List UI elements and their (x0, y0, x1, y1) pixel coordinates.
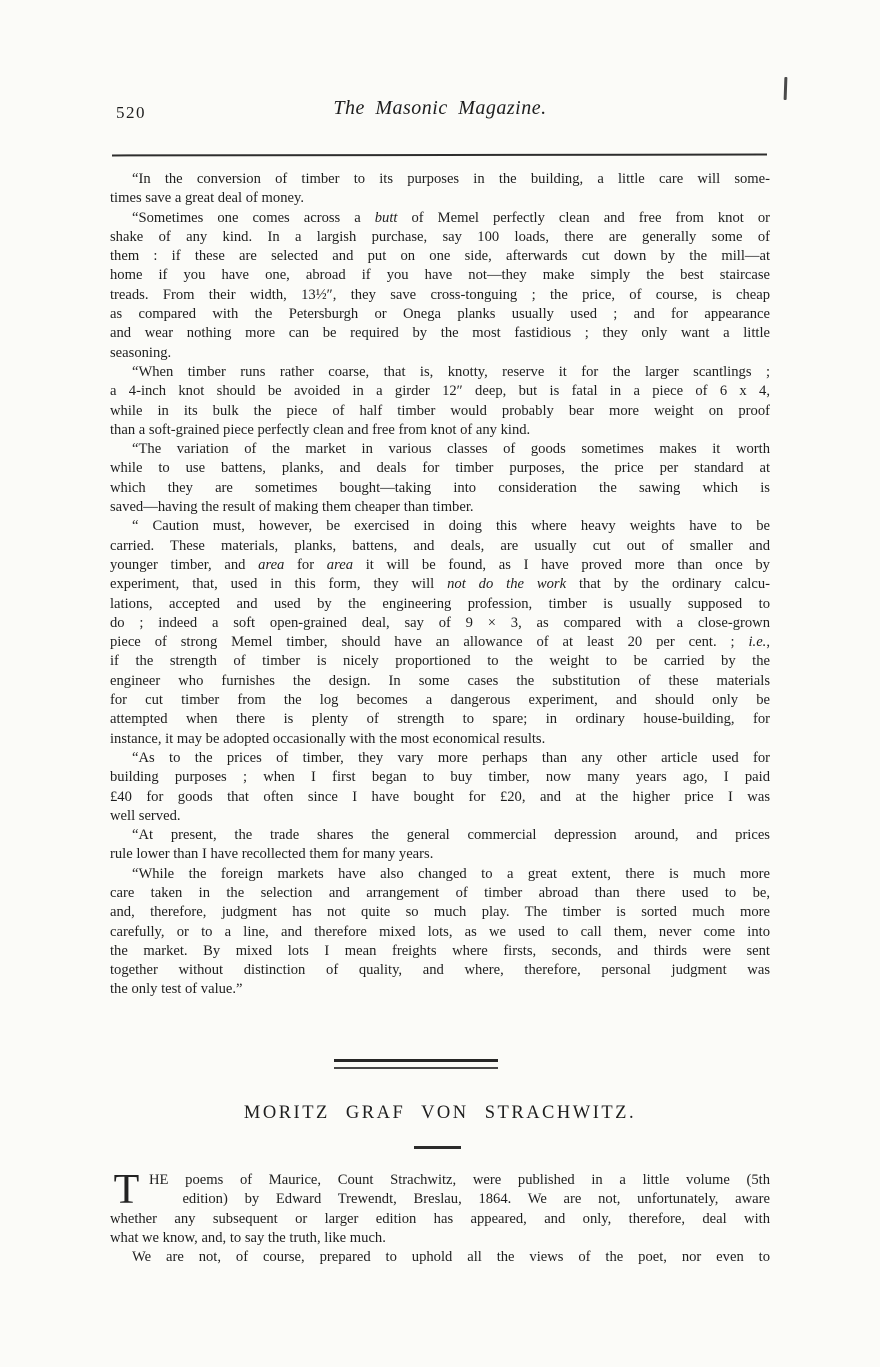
paragraph: “Sometimes one comes across a butt of Me… (110, 209, 770, 363)
text-line: “The variation of the market in various … (110, 440, 770, 459)
text-line: than a soft-grained piece perfectly clea… (110, 421, 770, 440)
paragraph: We are not, of course, prepared to uphol… (110, 1248, 770, 1267)
text-line: saved—having the result of making them c… (110, 498, 770, 517)
text-line: experiment, that, used in this form, the… (110, 575, 770, 594)
text-line: building purposes ; when I first began t… (110, 768, 770, 787)
drop-cap-initial: T (110, 1172, 143, 1209)
article-strachwitz: T HE poems of Maurice, Count Strachwitz,… (110, 1171, 770, 1267)
paragraph: “The variation of the market in various … (110, 440, 770, 517)
text-line: engineer who furnishes the design. In so… (110, 672, 770, 691)
text-line: the only test of value.” (110, 980, 770, 999)
text-line: what we know, and, to say the truth, lik… (110, 1229, 770, 1248)
text-line: “While the foreign markets have also cha… (110, 865, 770, 884)
divider-rule-bottom (334, 1067, 498, 1069)
text-line: home if you have one, abroad if you have… (110, 266, 770, 285)
text-line: together without distinction of quality,… (110, 961, 770, 980)
article-heading: MORITZ GRAF VON STRACHWITZ. (110, 1103, 770, 1124)
section-divider (334, 1059, 498, 1069)
journal-title: The Masonic Magazine. (110, 97, 770, 120)
text-line: and, therefore, judgment has not quite s… (110, 903, 770, 922)
text-line: edition) by Edward Trewendt, Breslau, 18… (110, 1190, 770, 1209)
text-line: attempted when there is plenty of streng… (110, 710, 770, 729)
text-line: care taken in the selection and arrangem… (110, 884, 770, 903)
heading-rule (414, 1146, 461, 1149)
text-line: them : if these are selected and put on … (110, 247, 770, 266)
text-line: shake of any kind. In a largish purchase… (110, 228, 770, 247)
text-line: treads. From their width, 13½″, they sav… (110, 286, 770, 305)
text-line: piece of strong Memel timber, should hav… (110, 633, 770, 652)
text-line: a 4-inch knot should be avoided in a gir… (110, 382, 770, 401)
text-line: and wear nothing more can be required by… (110, 324, 770, 343)
text-line: HE poems of Maurice, Count Strachwitz, w… (110, 1171, 770, 1190)
text-line: carefully, or to a line, and therefore m… (110, 923, 770, 942)
text-line: “As to the prices of timber, they vary m… (110, 749, 770, 768)
divider-rule-top (334, 1059, 498, 1062)
scan-artifact-mark (784, 77, 788, 100)
paragraph: “While the foreign markets have also cha… (110, 865, 770, 1000)
article-timber-excerpt: “In the conversion of timber to its purp… (110, 170, 770, 1000)
text-line: whether any subsequent or larger edition… (110, 1210, 770, 1229)
text-line: instance, it may be adopted occasionally… (110, 730, 770, 749)
paragraph: “When timber runs rather coarse, that is… (110, 363, 770, 440)
text-line: lations, accepted and used by the engine… (110, 595, 770, 614)
paragraph: “At present, the trade shares the genera… (110, 826, 770, 865)
paragraph: T HE poems of Maurice, Count Strachwitz,… (110, 1171, 770, 1248)
paragraph: “As to the prices of timber, they vary m… (110, 749, 770, 826)
text-line: as compared with the Petersburgh or Oneg… (110, 305, 770, 324)
drop-cap-paragraph-lines: HE poems of Maurice, Count Strachwitz, w… (110, 1171, 770, 1248)
text-line: times save a great deal of money. (110, 189, 770, 208)
text-line: younger timber, and area for area it wil… (110, 556, 770, 575)
text-line: seasoning. (110, 344, 770, 363)
text-line: which they are sometimes bought—taking i… (110, 479, 770, 498)
text-line: the market. By mixed lots I mean freight… (110, 942, 770, 961)
text-line: We are not, of course, prepared to uphol… (110, 1248, 770, 1267)
text-line: “In the conversion of timber to its purp… (110, 170, 770, 189)
text-line: while to use battens, planks, and deals … (110, 459, 770, 478)
text-line: well served. (110, 807, 770, 826)
text-line: “At present, the trade shares the genera… (110, 826, 770, 845)
text-line: if the strength of timber is nicely prop… (110, 652, 770, 671)
text-line: “ Caution must, however, be exercised in… (110, 517, 770, 536)
text-line: carried. These materials, planks, batten… (110, 537, 770, 556)
text-line: do ; indeed a soft open-grained deal, sa… (110, 614, 770, 633)
text-line: “Sometimes one comes across a butt of Me… (110, 209, 770, 228)
header-rule (112, 154, 767, 157)
text-line: “When timber runs rather coarse, that is… (110, 363, 770, 382)
text-line: £40 for goods that often since I have bo… (110, 788, 770, 807)
text-line: for cut timber from the log becomes a da… (110, 691, 770, 710)
text-line: rule lower than I have recollected them … (110, 845, 770, 864)
text-line: while in its bulk the piece of half timb… (110, 402, 770, 421)
paragraph: “In the conversion of timber to its purp… (110, 170, 770, 209)
paragraph: “ Caution must, however, be exercised in… (110, 517, 770, 749)
